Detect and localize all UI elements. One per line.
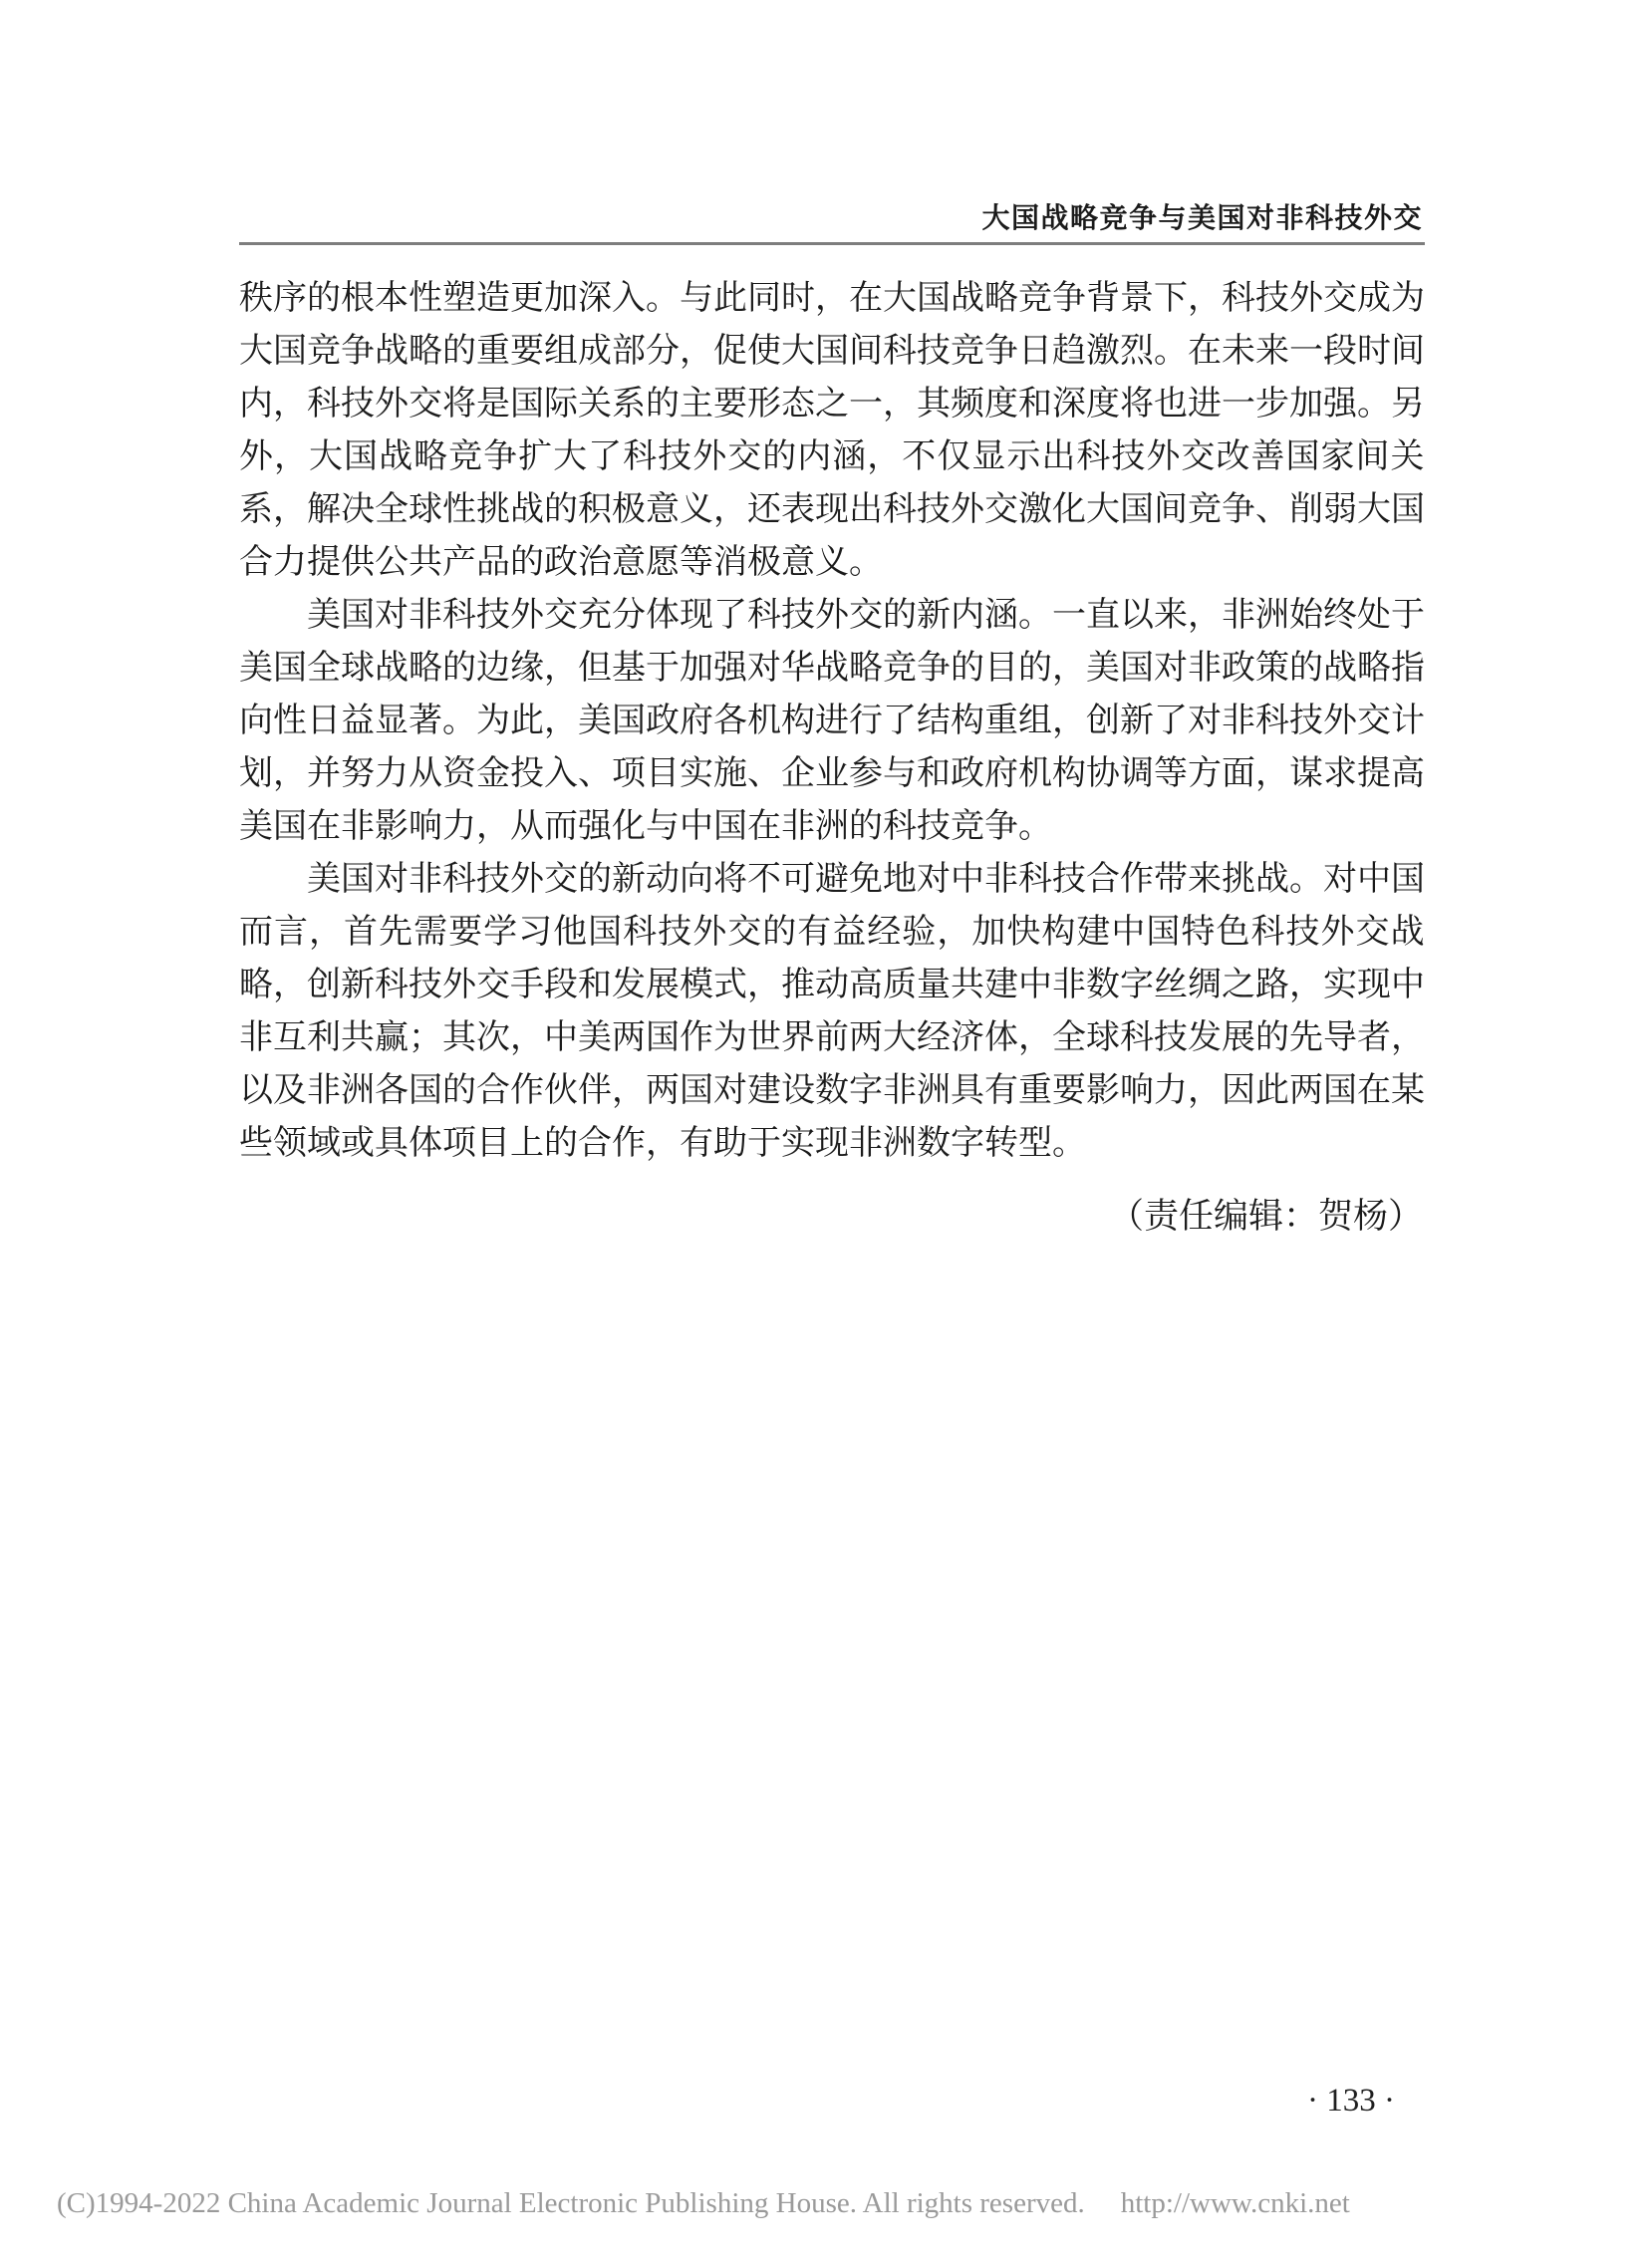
copyright-footer: (C)1994-2022 China Academic Journal Elec… [57,2186,1611,2220]
text-line: 美国对非科技外交的新动向将不可避免地对中非科技合作带来挑战。对中国 [239,853,1425,906]
text-line: 美国对非科技外交充分体现了科技外交的新内涵。一直以来，非洲始终处于 [239,589,1425,642]
text-line: 以及非洲各国的合作伙伴，两国对建设数字非洲具有重要影响力，因此两国在某 [239,1064,1425,1117]
text-line: 些领域或具体项目上的合作，有助于实现非洲数字转型。 [239,1117,1425,1170]
text-line: 略，创新科技外交手段和发展模式，推动高质量共建中非数字丝绸之路，实现中 [239,959,1425,1011]
text-line: 大国竞争战略的重要组成部分，促使大国间科技竞争日趋激烈。在未来一段时间 [239,325,1425,378]
article-body: 秩序的根本性塑造更加深入。与此同时，在大国战略竞争背景下，科技外交成为大国竞争战… [239,272,1425,1170]
copyright-text: (C)1994-2022 China Academic Journal Elec… [57,2187,1085,2219]
text-line: 秩序的根本性塑造更加深入。与此同时，在大国战略竞争背景下，科技外交成为 [239,272,1425,325]
header-rule [239,242,1425,245]
text-line: 系，解决全球性挑战的积极意义，还表现出科技外交激化大国间竞争、削弱大国 [239,483,1425,536]
text-line: 美国全球战略的边缘，但基于加强对华战略竞争的目的，美国对非政策的战略指 [239,642,1425,695]
cnki-url: http://www.cnki.net [1121,2187,1350,2219]
editor-note: （责任编辑：贺杨） [1109,1190,1423,1243]
text-line: 合力提供公共产品的政治意愿等消极意义。 [239,536,1425,589]
journal-page: 大国战略竞争与美国对非科技外交 秩序的根本性塑造更加深入。与此同时，在大国战略竞… [0,0,1648,2268]
running-header-title: 大国战略竞争与美国对非科技外交 [981,196,1423,236]
text-line: 划，并努力从资金投入、项目实施、企业参与和政府机构协调等方面，谋求提高 [239,747,1425,800]
text-line: 向性日益显著。为此，美国政府各机构进行了结构重组，创新了对非科技外交计 [239,695,1425,747]
text-line: 外，大国战略竞争扩大了科技外交的内涵，不仅显示出科技外交改善国家间关 [239,430,1425,483]
text-line: 非互利共赢；其次，中美两国作为世界前两大经济体，全球科技发展的先导者， [239,1011,1425,1064]
text-line: 内，科技外交将是国际关系的主要形态之一，其频度和深度将也进一步加强。另 [239,378,1425,430]
text-line: 而言，首先需要学习他国科技外交的有益经验，加快构建中国特色科技外交战 [239,906,1425,959]
page-number: · 133 · [1307,2081,1395,2121]
text-line: 美国在非影响力，从而强化与中国在非洲的科技竞争。 [239,800,1425,853]
